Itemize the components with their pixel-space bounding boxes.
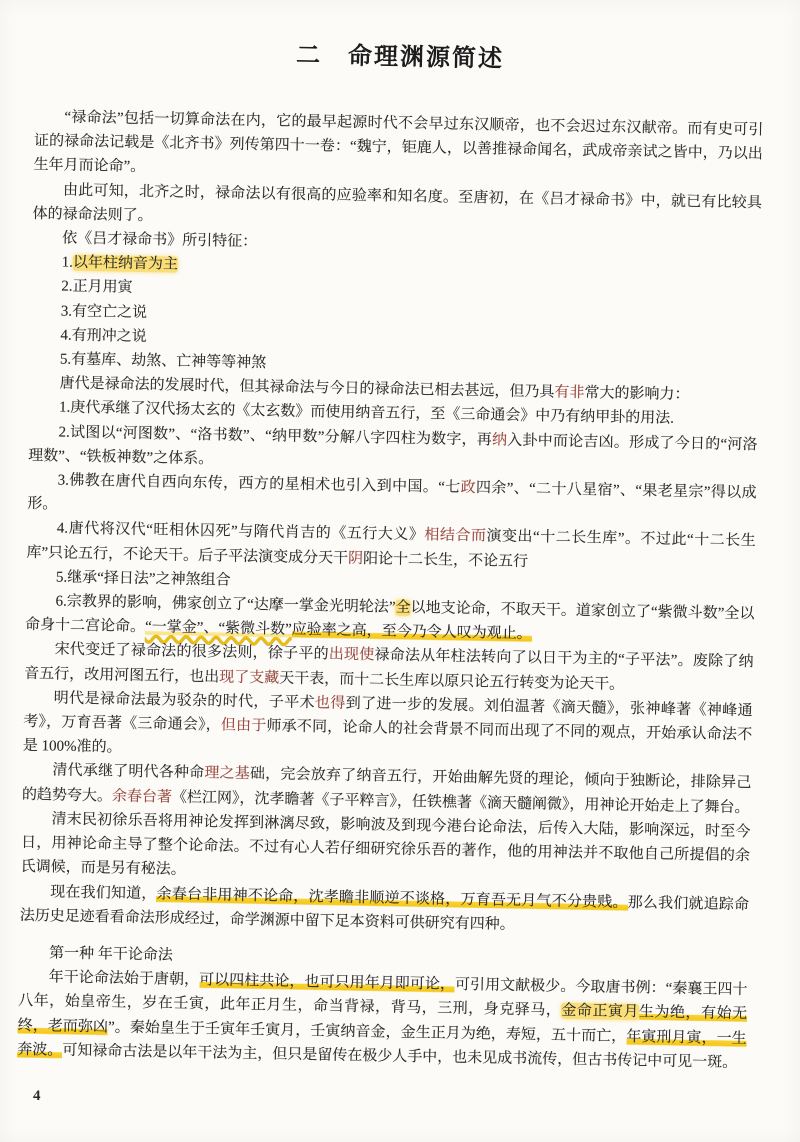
highlighter-marked-text: 全: [395, 600, 410, 616]
text-segment: 5.继承“择日法”之神煞组合: [56, 569, 231, 588]
text-segment: 可知禄命古法是以年干法为主，但只是留传在极少人手中，也未见成书流传，但古书传记中…: [62, 1042, 737, 1070]
text-segment: 依《吕才禄命书》所引特征：: [62, 231, 257, 251]
red-ink-text: 政: [460, 480, 476, 496]
red-ink-text: 纳: [492, 432, 508, 448]
text-segment: 3.佛教在唐代自西向东传，西方的星相术也引入到中国。“七: [58, 473, 461, 496]
text-segment: ”。秦始皇生于壬寅年壬寅月，壬寅纳音金，金生正月为绝，寿短，五十而亡，: [108, 1019, 627, 1044]
red-ink-text: 也得: [315, 695, 346, 712]
page-title: 二 命理渊源简述: [35, 30, 765, 78]
text-segment: 4.唐代将汉代“旺相休囚死”与隋代肖吉的《五行大义》: [57, 521, 425, 544]
highlighter-marked-text: 以年柱纳音为主: [73, 255, 178, 273]
text-segment: 6.宗教界的影响，佛家创立了“达摩一掌金光明轮法”: [55, 594, 395, 616]
scanned-book-page: 二 命理渊源简述 “禄命法”包括一切算命法在内，它的最早起源时代不会早过东汉顺帝…: [0, 0, 800, 1142]
red-ink-text: 相结合而: [424, 528, 486, 545]
text-segment: 3.有空亡之说: [61, 303, 148, 321]
text-segment: 2.正月用寅: [61, 279, 133, 296]
highlighter-marked-text: 余春台非用神不论命，沈孝瞻非顺逆不谈格，万育吾无月气不分贵贱。: [156, 886, 627, 911]
text-segment: 清末民初徐乐吾将用神论发挥到淋漓尽致，影响波及到现今港台论命法，后传入大陆，影响…: [21, 811, 751, 878]
highlighter-marked-text: 金命正寅月: [561, 1003, 639, 1020]
red-ink-text: 但由于: [221, 718, 267, 735]
text-segment: 常大的影响力：: [584, 385, 689, 403]
text-segment: 阳论十二长生，不论五行: [363, 551, 528, 570]
paragraph: 明代是禄命法最为驳杂的时代，子平术也得到了进一步的发展。刘伯温著《滴天髓》，张神…: [23, 686, 753, 772]
red-ink-text: 余春台著: [112, 788, 172, 805]
highlighter-marked-text: 应验率之高，至今乃令人叹为观止。: [292, 622, 532, 642]
red-ink-text: 理之基: [204, 766, 250, 783]
text-segment: 宋代变迁了禄命法的很多法则，徐子平的: [54, 642, 328, 663]
content-blocks: “禄命法”包括一切算命法在内，它的最早起源时代不会早过东汉顺帝，也不会迟过东汉献…: [17, 105, 763, 1075]
red-ink-text: 有非: [554, 385, 584, 402]
red-ink-text: 出现使: [329, 647, 375, 664]
text-segment: 明代是禄命法最为驳杂的时代，子平术: [54, 690, 315, 711]
text-segment: 年干论命法始于唐朝，: [48, 970, 199, 989]
paragraph: 年干论命法始于唐朝，可以四柱共论，也可只用年月即可论，可引用文献极少。今取唐书例…: [17, 965, 748, 1075]
text-segment: 5.有墓库、劫煞、亡神等等神煞: [60, 352, 267, 372]
text-segment: “禄命法”包括一切算命法在内，它的最早起源时代不会早过东汉顺帝，也不会迟过东汉献…: [33, 110, 763, 176]
page-number: 4: [33, 1088, 41, 1105]
highlighter-marked-text: 可以四柱共论，也可只用年月即可论，: [199, 972, 455, 993]
highlighter-marked-text: “一掌金”、“紫微斗数”: [145, 619, 292, 638]
page-content: 二 命理渊源简述 “禄命法”包括一切算命法在内，它的最早起源时代不会早过东汉顺帝…: [17, 30, 765, 1075]
text-segment: 清代承继了明代各种命: [52, 763, 204, 782]
paragraph: 清末民初徐乐吾将用神论发挥到淋漓尽致，影响波及到现今港台论命法，后传入大陆，影响…: [20, 807, 750, 893]
text-segment: 由此可知，北齐之时，禄命法以有很高的应验率和知名度。至唐初，在《吕才禄命书》中，…: [32, 182, 762, 224]
text-segment: 天干表，而十二长生库以原只论五行转变为论天干。: [279, 670, 624, 692]
text-segment: 1.: [62, 255, 74, 271]
text-segment: 2.试图以“河图数”、“洛书数”、“纳甲数”分解八字四柱为数字，再: [58, 424, 492, 448]
text-segment: 4.有刑冲之说: [60, 327, 147, 345]
text-segment: 第一种 年干论命法: [49, 945, 173, 963]
paragraph: “禄命法”包括一切算命法在内，它的最早起源时代不会早过东汉顺帝，也不会迟过东汉献…: [33, 105, 763, 191]
red-ink-text: 阴: [348, 550, 363, 566]
text-segment: 现在我们知道，: [50, 884, 157, 902]
red-ink-text: 现了支藏: [219, 669, 279, 686]
